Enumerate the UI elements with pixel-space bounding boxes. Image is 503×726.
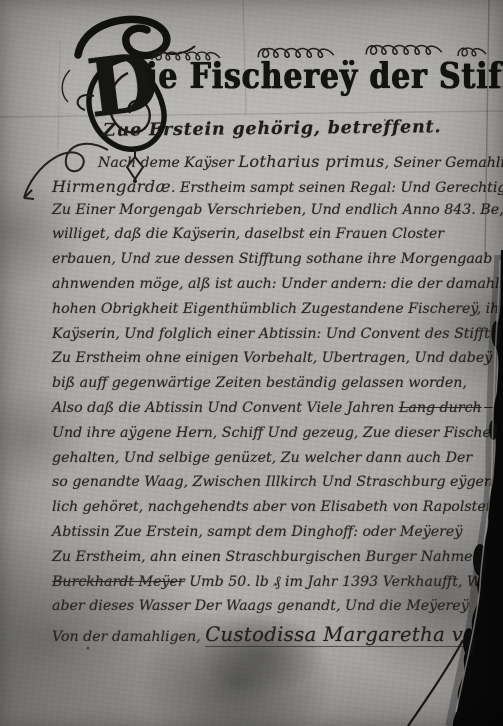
manuscript-line: gehalten, Und selbige genüzet, Zu welche… <box>52 450 476 475</box>
page-subtitle: Zue Erstein gehörig, betreffent. <box>103 117 442 141</box>
manuscript-segment-struck: Lang durch <box>399 400 482 416</box>
manuscript-line: williget, daß die Kaÿserin, daselbst ein… <box>52 226 476 251</box>
body-text: Nach deme Kaÿser Lotharius primus, Seine… <box>52 152 476 648</box>
manuscript-page-photo: D ie Fischereÿ der Stifft Zue Erstein ge… <box>0 0 503 726</box>
manuscript-line: Nach deme Kaÿser Lotharius primus, Seine… <box>52 152 476 177</box>
manuscript-segment: Und ihre aÿgene Hern, Schiff Und gezeug,… <box>52 425 503 441</box>
manuscript-segment: aber dieses Wasser Der Waags genandt, Un… <box>52 598 469 614</box>
page-title: ie Fischereÿ der Stifft <box>146 56 463 97</box>
manuscript-line: Zu Einer Morgengab Verschrieben, Und end… <box>52 202 476 227</box>
manuscript-segment: erbauen, Und zue dessen Stifftung sothan… <box>52 251 492 267</box>
manuscript-line: aber dieses Wasser Der Waags genandt, Un… <box>52 598 476 623</box>
manuscript-line: Kaÿserin, Und folglich einer Abtissin: U… <box>52 326 476 351</box>
manuscript-segment-struck: Burckhardt Meÿer <box>52 574 185 590</box>
manuscript-line: erbauen, Und zue dessen Stifftung sothan… <box>52 251 476 276</box>
manuscript-line: Und ihre aÿgene Hern, Schiff Und gezeug,… <box>52 425 476 450</box>
manuscript-line: Zu Erstheim ohne einigen Vorbehalt, Uber… <box>52 350 476 375</box>
manuscript-segment: hohen Obrigkheit Eigenthümblich Zugestan… <box>52 301 503 317</box>
manuscript-segment: Umb 50. lb ₰ im Jahr 1393 Verkhaufft, We… <box>185 574 503 590</box>
strike-extension <box>484 407 503 408</box>
manuscript-segment: Nach deme Kaÿser <box>98 155 238 171</box>
manuscript-line: Also daß die Abtissin Und Convent Viele … <box>52 400 476 425</box>
title-text: ie Fischereÿ der Stifft <box>146 56 503 97</box>
manuscript-line: hohen Obrigkheit Eigenthümblich Zugestan… <box>52 301 476 326</box>
manuscript-segment: Zu Erstheim ohne einigen Vorbehalt, Uber… <box>52 350 492 366</box>
manuscript-line: Hirmengardæ. Erstheim sampt seinen Regal… <box>52 177 476 202</box>
manuscript-segment: biß auff gegenwärtige Zeiten beständig g… <box>52 375 467 391</box>
manuscript-line: so genandte Waag, Zwischen Illkirch Und … <box>52 474 476 499</box>
manuscript-line: Von der damahligen, Custodissa Margareth… <box>52 623 476 648</box>
manuscript-segment: Kaÿserin, Und folglich einer Abtissin: U… <box>52 326 490 342</box>
manuscript-segment: Also daß die Abtissin Und Convent Viele … <box>52 400 399 416</box>
manuscript-line: Abtissin Zue Erstein, sampt dem Dinghoff… <box>52 524 476 549</box>
manuscript-segment: lich gehöret, nachgehendts aber von Elis… <box>52 499 499 515</box>
manuscript-segment: Abtissin Zue Erstein, sampt dem Dinghoff… <box>52 524 462 540</box>
manuscript-segment: gehalten, Und selbige genüzet, Zu welche… <box>52 450 472 466</box>
manuscript-segment: ahnwenden möge, alß ist auch: Under ande… <box>52 276 503 292</box>
manuscript-segment-bigname: Custodissa Margaretha von E <box>205 623 503 647</box>
manuscript-line: Zu Erstheim, ahn einen Straschburgischen… <box>52 549 476 574</box>
manuscript-segment: , Seiner Gemahlin <box>385 155 503 171</box>
manuscript-line: ahnwenden möge, alß ist auch: Under ande… <box>52 276 476 301</box>
manuscript-line: Burckhardt Meÿer Umb 50. lb ₰ im Jahr 13… <box>52 574 476 599</box>
manuscript-segment-emph: Lotharius primus <box>238 152 384 171</box>
manuscript-segment: Von der damahligen, <box>52 629 205 645</box>
manuscript-segment: williget, daß die Kaÿserin, daselbst ein… <box>52 226 444 242</box>
manuscript-segment: Zu Einer Morgengab Verschrieben, Und end… <box>52 202 503 218</box>
manuscript-segment-emph: Hirmengardæ <box>52 177 171 196</box>
manuscript-segment: Zu Erstheim, ahn einen Straschburgischen… <box>52 549 491 565</box>
manuscript-line: lich gehöret, nachgehendts aber von Elis… <box>52 499 476 524</box>
manuscript-segment: . Erstheim sampt seinen Regal: Und Gerec… <box>171 180 503 196</box>
manuscript-segment: so genandte Waag, Zwischen Illkirch Und … <box>52 474 503 490</box>
manuscript-line: biß auff gegenwärtige Zeiten beständig g… <box>52 375 476 400</box>
